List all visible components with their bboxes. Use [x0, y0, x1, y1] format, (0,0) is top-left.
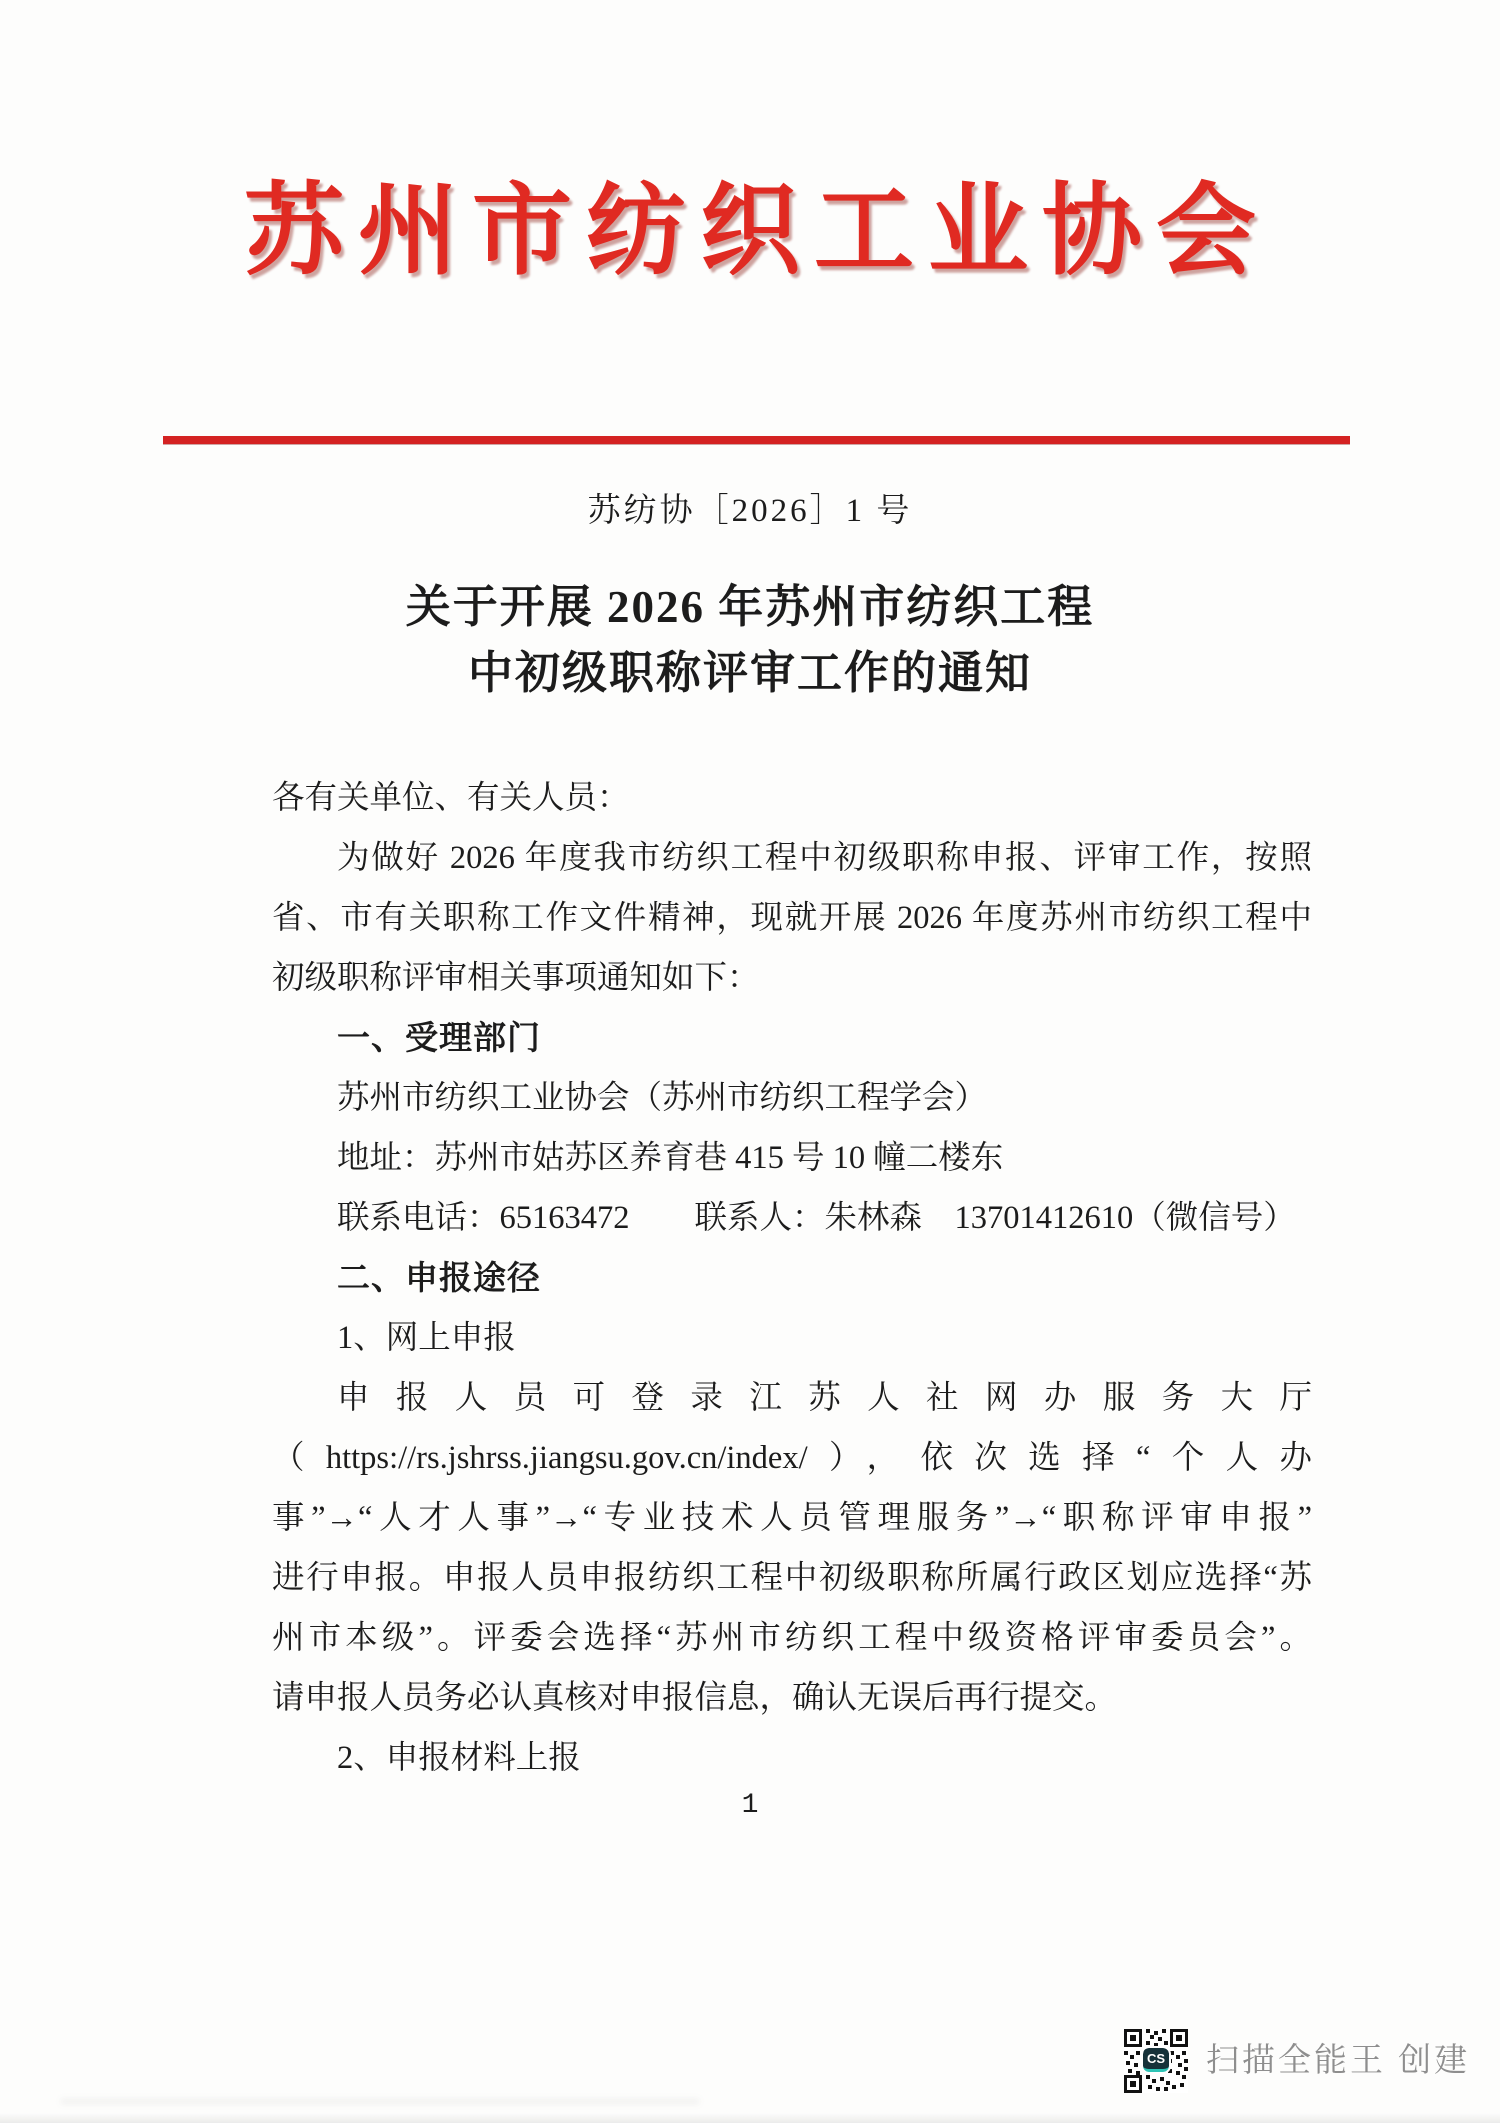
camscanner-watermark-label: 扫描全能王 创建 — [1206, 2034, 1470, 2081]
notice-title-line-1: 关于开展 2026 年苏州市纺织工程 — [0, 574, 1500, 640]
body-line: 事”→“人才人事”→“专业技术人员管理服务”→“职称评审申报” — [272, 1488, 1312, 1548]
body-line: 省、市有关职称工作文件精神，现就开展 2026 年度苏州市纺织工程中 — [272, 888, 1312, 948]
page-number: 1 — [0, 1790, 1500, 1821]
subsection-heading-2: 2、申报材料上报 — [272, 1728, 1312, 1788]
body-line: 为做好 2026 年度我市纺织工程中初级职称申报、评审工作，按照 — [272, 828, 1312, 888]
scanned-document-page: 苏州市纺织工业协会 苏纺协［2026］1 号 关于开展 2026 年苏州市纺织工… — [0, 0, 1500, 2123]
body-line-salutation: 各有关单位、有关人员： — [272, 768, 1312, 828]
body-line-contact: 联系电话：65163472 联系人：朱林森 13701412610（微信号） — [272, 1188, 1312, 1248]
body-line: 州市本级”。评委会选择“苏州市纺织工程中级资格评审委员会”。 — [272, 1608, 1312, 1668]
body-line-address: 地址：苏州市姑苏区养育巷 415 号 10 幢二楼东 — [272, 1128, 1312, 1188]
scan-bottom-edge — [0, 2113, 1500, 2123]
notice-title-line-2: 中初级职称评审工作的通知 — [0, 640, 1500, 706]
body-line: 初级职称评审相关事项通知如下： — [272, 948, 1312, 1008]
section-heading-2: 二、申报途径 — [272, 1248, 1312, 1308]
body-line: 苏州市纺织工业协会（苏州市纺织工程学会） — [272, 1068, 1312, 1128]
body-line: 进行申报。申报人员申报纺织工程中初级职称所属行政区划应选择“苏 — [272, 1548, 1312, 1608]
scan-artifact — [60, 2098, 700, 2105]
body-line: 申 报 人 员 可 登 录 江 苏 人 社 网 办 服 务 大 厅 — [272, 1368, 1312, 1428]
notice-title: 关于开展 2026 年苏州市纺织工程 中初级职称评审工作的通知 — [0, 574, 1500, 706]
red-divider-line — [163, 436, 1350, 444]
subsection-heading-1: 1、网上申报 — [272, 1308, 1312, 1368]
section-heading-1: 一、受理部门 — [272, 1008, 1312, 1068]
camscanner-logo: CS — [1143, 2048, 1169, 2072]
document-body: 各有关单位、有关人员： 为做好 2026 年度我市纺织工程中初级职称申报、评审工… — [272, 768, 1312, 1788]
body-line: 请申报人员务必认真核对申报信息，确认无误后再行提交。 — [272, 1668, 1312, 1728]
document-number: 苏纺协［2026］1 号 — [0, 484, 1500, 531]
body-line-url: （https://rs.jshrss.jiangsu.gov.cn/index/… — [272, 1428, 1312, 1488]
organization-title: 苏州市纺织工业协会 — [0, 176, 1500, 288]
